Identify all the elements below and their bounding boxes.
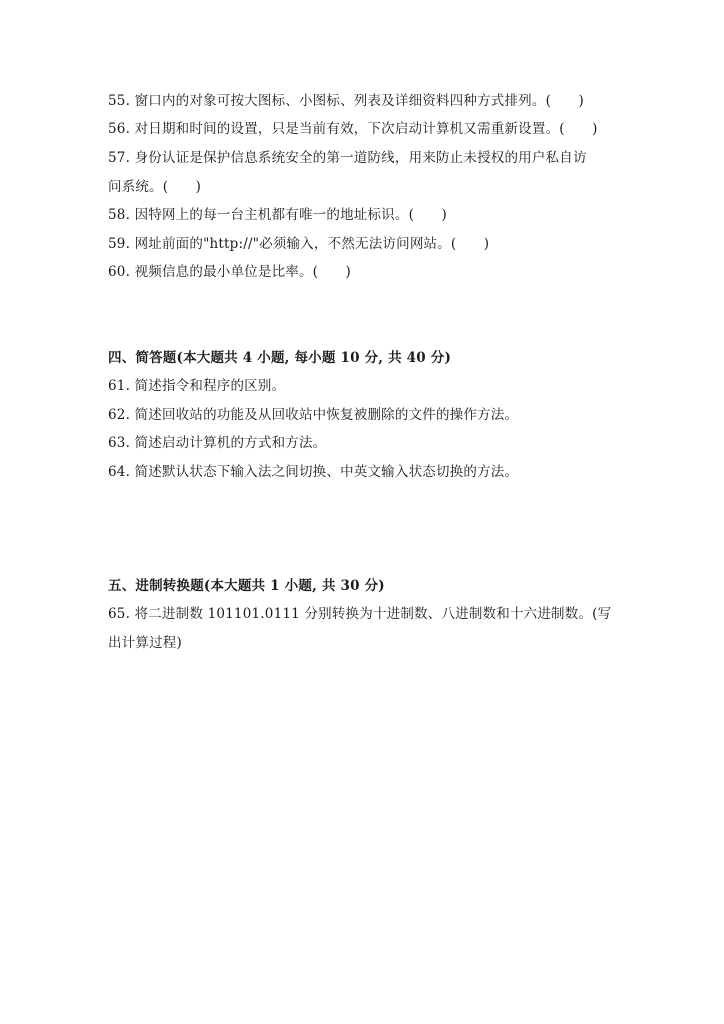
question-number: 64. [108, 464, 130, 480]
question-number: 62. [108, 407, 130, 423]
question-number: 59. [108, 236, 130, 252]
question-text: 视频信息的最小单位是比率。( ) [135, 264, 351, 280]
question-64: 64. 简述默认状态下输入法之间切换、中英文输入状态切换的方法。 [108, 463, 518, 481]
section-4-heading: 四、简答题(本大题共 4 小题, 每小题 10 分, 共 40 分) [108, 349, 451, 367]
question-65: 65. 将二进制数 101101.0111 分别转换为十进制数、八进制数和十六进… [108, 605, 611, 623]
question-text: 将二进制数 101101.0111 分别转换为十进制数、八进制数和十六进制数。(… [135, 606, 612, 622]
question-number: 63. [108, 435, 130, 451]
question-number: 57. [108, 150, 130, 166]
question-number: 60. [108, 264, 130, 280]
question-text: 因特网上的每一台主机都有唯一的地址标识。( ) [135, 207, 447, 223]
question-65-continuation: 出计算过程) [108, 634, 182, 652]
question-number: 61. [108, 378, 130, 394]
question-number: 56. [108, 121, 130, 137]
question-text: 简述启动计算机的方式和方法。 [135, 435, 327, 451]
question-59: 59. 网址前面的"http://"必须输入，不然无法访问网站。( ) [108, 235, 489, 253]
question-55: 55. 窗口内的对象可按大图标、小图标、列表及详细资料四种方式排列。( ) [108, 92, 584, 110]
question-number: 55. [108, 93, 130, 109]
question-58: 58. 因特网上的每一台主机都有唯一的地址标识。( ) [108, 206, 447, 224]
section-5-heading: 五、进制转换题(本大题共 1 小题, 共 30 分) [108, 577, 385, 595]
question-number: 65. [108, 606, 130, 622]
question-text: 出计算过程) [108, 635, 182, 651]
question-text: 身份认证是保护信息系统安全的第一道防线，用来防止未授权的用户私自访 [135, 150, 587, 166]
question-text: 简述指令和程序的区别。 [135, 378, 286, 394]
question-57: 57. 身份认证是保护信息系统安全的第一道防线，用来防止未授权的用户私自访 [108, 149, 587, 167]
question-number: 58. [108, 207, 130, 223]
question-text: 窗口内的对象可按大图标、小图标、列表及详细资料四种方式排列。( ) [135, 93, 584, 109]
question-57-continuation: 问系统。( ) [108, 178, 201, 196]
question-62: 62. 简述回收站的功能及从回收站中恢复被删除的文件的操作方法。 [108, 406, 518, 424]
question-61: 61. 简述指令和程序的区别。 [108, 377, 285, 395]
question-text: 简述回收站的功能及从回收站中恢复被删除的文件的操作方法。 [135, 407, 519, 423]
question-60: 60. 视频信息的最小单位是比率。( ) [108, 263, 351, 281]
question-text: 简述默认状态下输入法之间切换、中英文输入状态切换的方法。 [135, 464, 519, 480]
question-text: 对日期和时间的设置，只是当前有效，下次启动计算机又需重新设置。( ) [135, 121, 598, 137]
question-56: 56. 对日期和时间的设置，只是当前有效，下次启动计算机又需重新设置。( ) [108, 120, 598, 138]
question-63: 63. 简述启动计算机的方式和方法。 [108, 434, 326, 452]
question-text: 网址前面的"http://"必须输入，不然无法访问网站。( ) [135, 236, 490, 252]
question-text: 问系统。( ) [108, 179, 201, 195]
